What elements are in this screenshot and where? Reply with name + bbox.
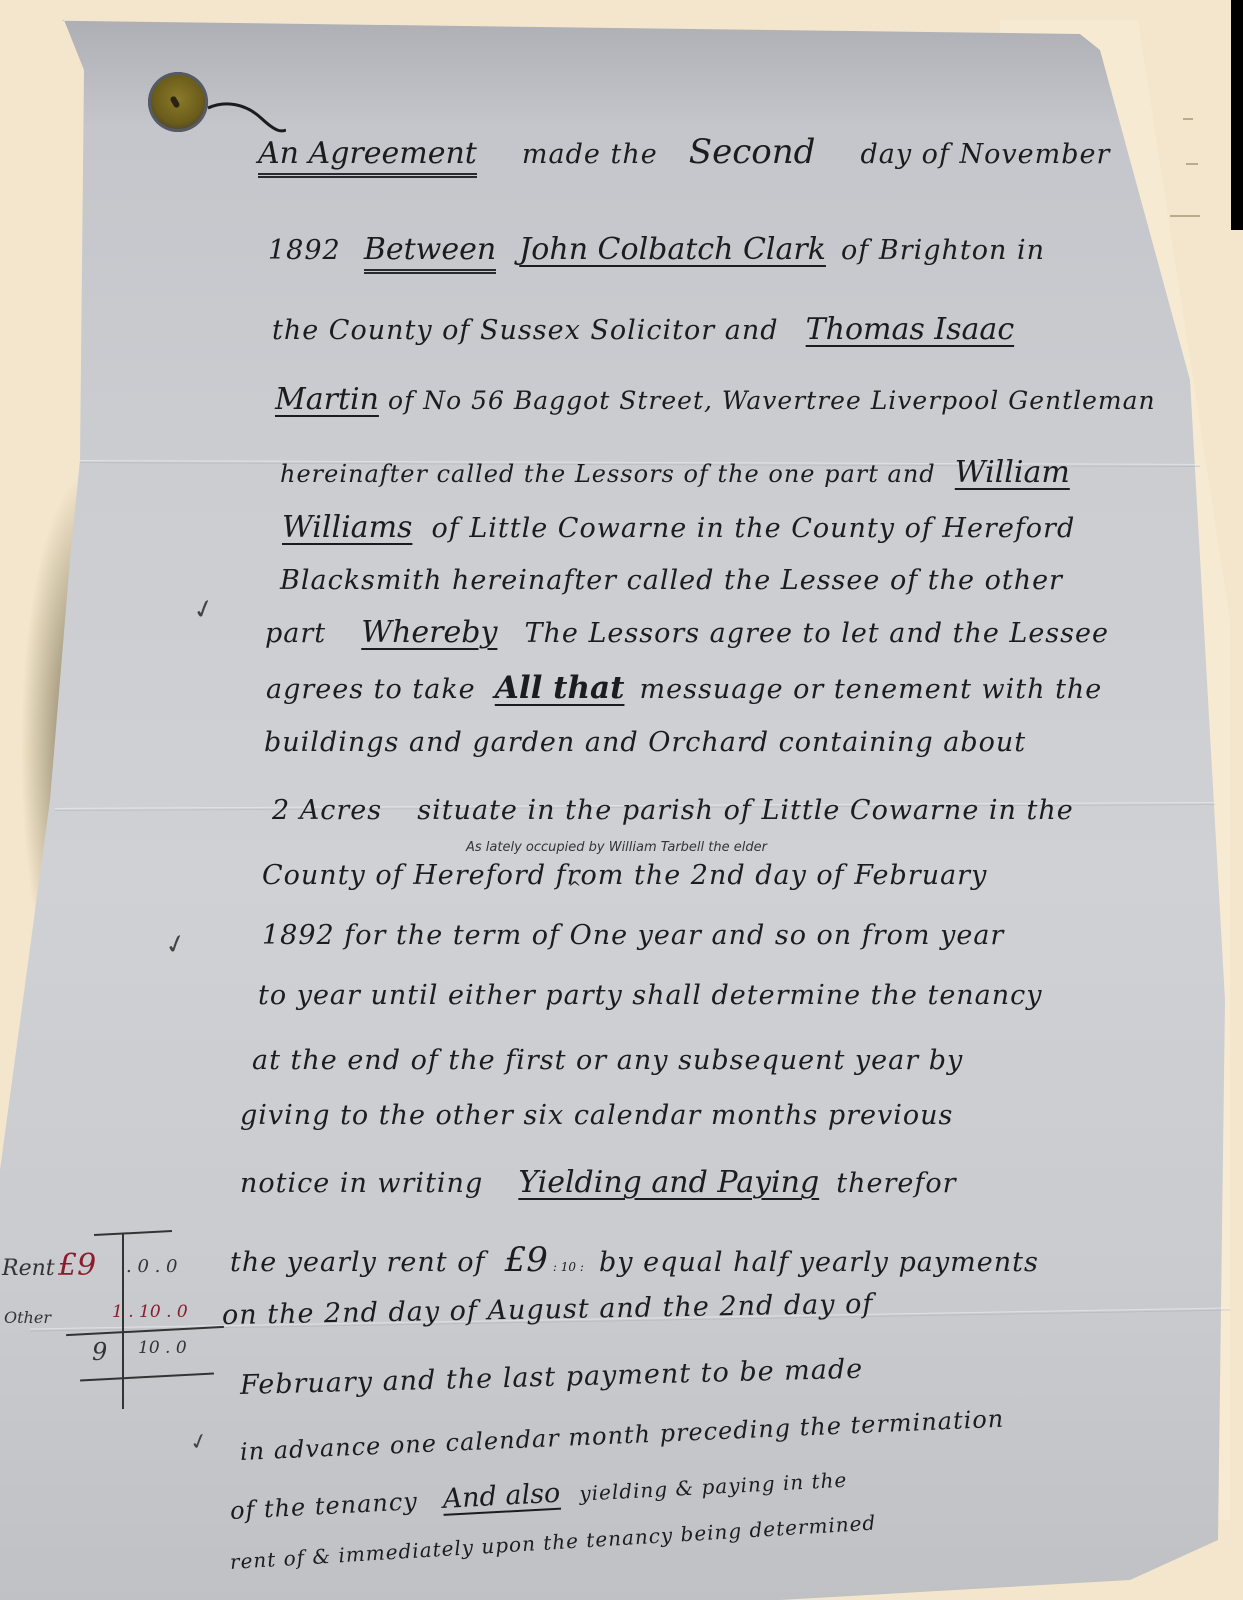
calc-rent-rest: . 0 . 0: [126, 1256, 178, 1277]
insertion-caret: ^: [568, 878, 581, 897]
line-13: 1892 for the term of One year and so on …: [262, 920, 1004, 951]
calc-total-rest: 10 . 0: [138, 1338, 187, 1358]
flourish-icon: [206, 100, 286, 134]
line-12: County of Hereford from the 2nd day of F…: [262, 860, 987, 891]
rent-amount-note: : 10 :: [553, 1260, 584, 1274]
line-9: agrees to take All that messuage or tene…: [266, 670, 1102, 706]
day-word: Second: [689, 132, 816, 172]
calc-total-pounds: 9: [92, 1338, 107, 1366]
line-16: giving to the other six calendar months …: [240, 1100, 953, 1131]
lessee-name-a: William: [955, 455, 1070, 490]
lessor-name-2a: Thomas Isaac: [806, 312, 1014, 347]
line-1: An Agreement made the Second day of Nove…: [258, 132, 1110, 172]
and-also-keyword: And also: [442, 1478, 561, 1515]
line-4: Martin of No 56 Baggot Street, Wavertree…: [275, 382, 1156, 417]
line-7: Blacksmith hereinafter called the Lessee…: [280, 565, 1063, 596]
line-5: hereinafter called the Lessors of the on…: [280, 455, 1070, 490]
lessee-name-b: Williams: [282, 510, 412, 545]
line-15: at the end of the first or any subsequen…: [252, 1045, 963, 1076]
calc-other-amount: 1 . 10 . 0: [112, 1302, 188, 1322]
yielding-paying-keyword: Yielding and Paying: [518, 1165, 819, 1200]
line-8: part Whereby The Lessors agree to let an…: [265, 615, 1109, 650]
agreement-heading: An Agreement: [258, 136, 477, 178]
calc-rent-label: Rent: [2, 1256, 55, 1281]
line-2: 1892 Between John Colbatch Clark of Brig…: [268, 232, 1045, 267]
underlying-text-fragment: [1183, 118, 1193, 120]
line-18: the yearly rent of £9 : 10 : by equal ha…: [230, 1240, 1039, 1280]
calc-rent-amount: £9: [58, 1248, 96, 1283]
lessor-name-1: John Colbatch Clark: [519, 232, 826, 267]
calc-sum-rule: [66, 1326, 224, 1336]
dark-edge: [1231, 0, 1243, 230]
line-3: the County of Sussex Solicitor and Thoma…: [272, 312, 1014, 347]
underlying-text-fragment: [1170, 215, 1200, 217]
lessor-name-2b: Martin: [275, 382, 379, 417]
line-11: 2 Acres situate in the parish of Little …: [272, 795, 1074, 826]
line-14: to year until either party shall determi…: [258, 980, 1043, 1011]
whereby-keyword: Whereby: [361, 615, 497, 650]
rent-amount: £9: [505, 1240, 548, 1280]
line-10: buildings and garden and Orchard contain…: [264, 727, 1026, 758]
line-17: notice in writing Yielding and Paying th…: [240, 1165, 957, 1200]
all-that-keyword: All that: [495, 670, 625, 706]
calc-total-rule: [80, 1372, 214, 1381]
margin-rent-calculation: Rent £9 . 0 . 0 Other 1 . 10 . 0 9 10 . …: [0, 1220, 230, 1410]
interlineation-note: As lately occupied by William Tarbell th…: [466, 840, 767, 855]
line-6: Williams of Little Cowarne in the County…: [282, 510, 1075, 545]
underlying-text-fragment: [1186, 163, 1198, 165]
between-keyword: Between: [364, 232, 496, 274]
calc-other-label: Other: [4, 1308, 51, 1327]
calc-rule: [94, 1230, 172, 1236]
